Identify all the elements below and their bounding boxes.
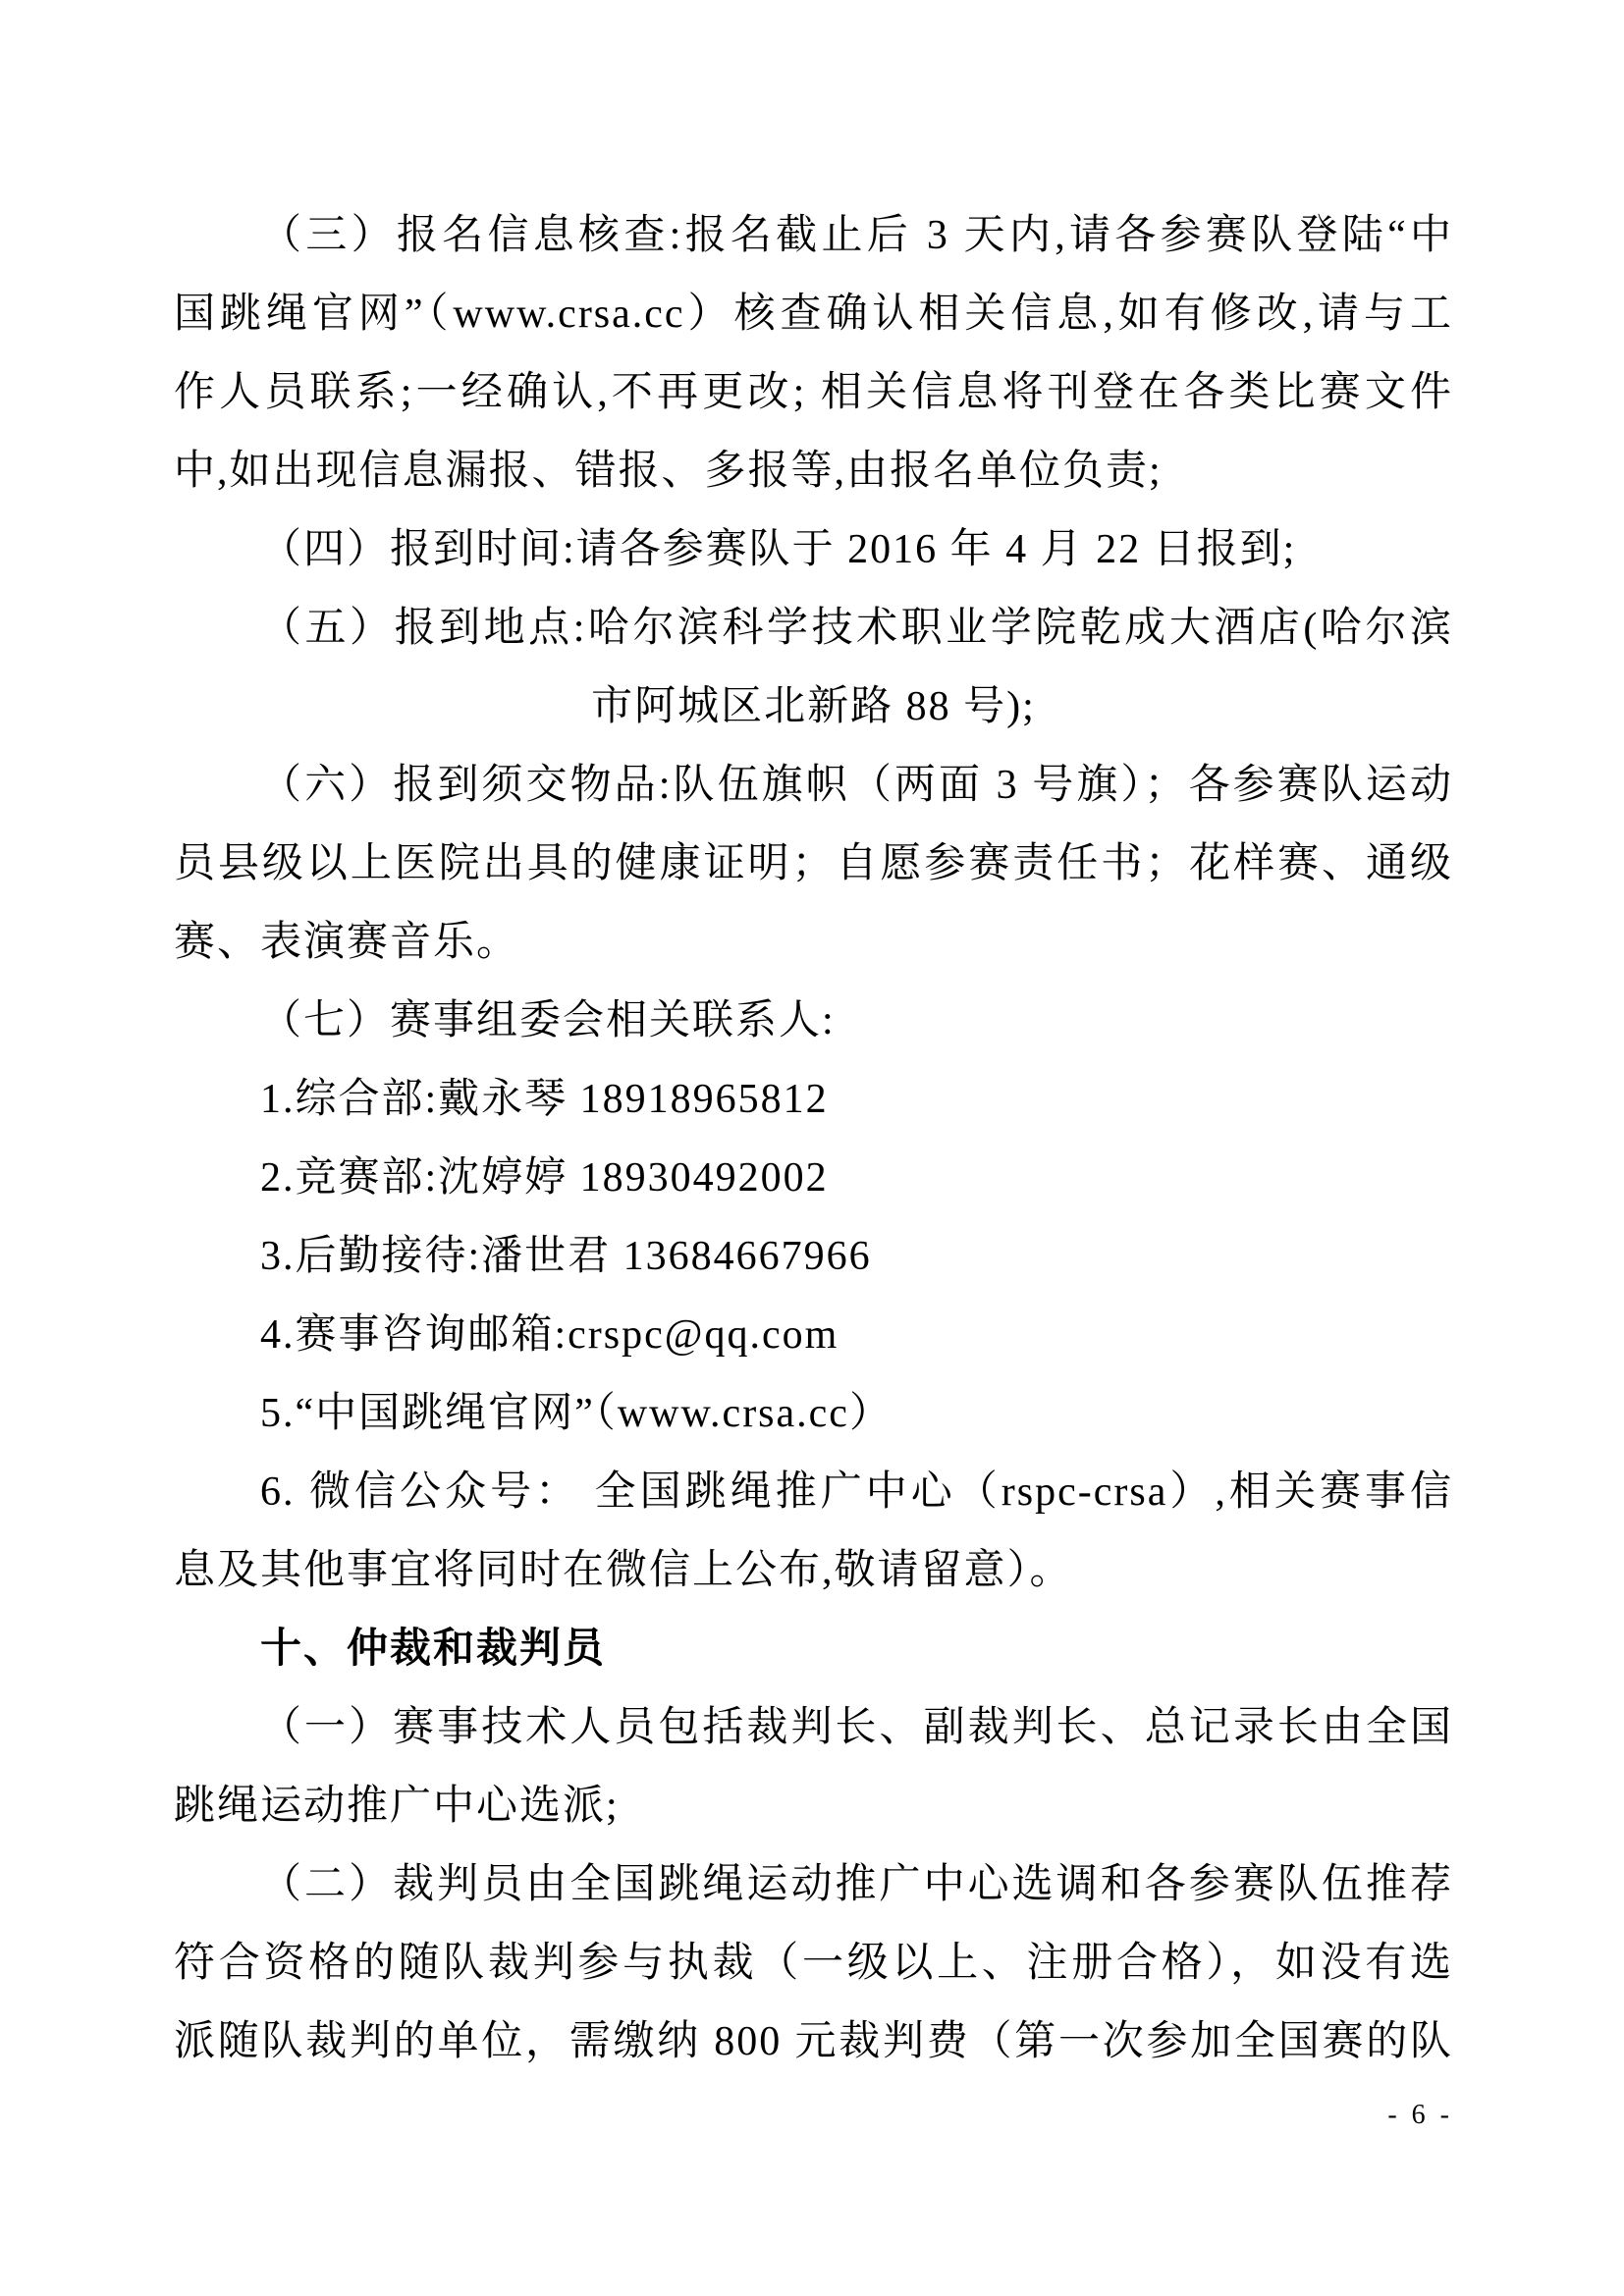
paragraph-item3-line4: 中,如出现信息漏报、错报、多报等,由报名单位负责;	[174, 432, 1453, 510]
contact-wechat-line2: 息及其他事宜将同时在微信上公布,敬请留意）。	[174, 1531, 1453, 1610]
section10-item2-line3: 派随队裁判的单位，需缴纳 800 元裁判费（第一次参加全国赛的队	[174, 2002, 1453, 2081]
paragraph-item4-line1: （四）报到时间:请各参赛队于 2016 年 4 月 22 日报到;	[174, 510, 1453, 589]
contact-email: 4.赛事咨询邮箱:crspc@qq.com	[174, 1296, 1453, 1374]
contact-general-dept: 1.综合部:戴永琴 18918965812	[174, 1060, 1453, 1139]
paragraph-item3-line2: 国跳绳官网”（www.crsa.cc）核查确认相关信息,如有修改,请与工	[174, 275, 1453, 353]
contact-official-site: 5.“中国跳绳官网”（www.crsa.cc）	[174, 1374, 1453, 1453]
section10-heading: 十、仲裁和裁判员	[174, 1610, 1453, 1688]
document-body: （三）报名信息核查:报名截止后 3 天内,请各参赛队登陆“中 国跳绳官网”（ww…	[174, 196, 1453, 2136]
paragraph-item6-line2: 员县级以上医院出具的健康证明；自愿参赛责任书；花样赛、通级	[174, 825, 1453, 903]
paragraph-item6-line3: 赛、表演赛音乐。	[174, 903, 1453, 982]
paragraph-item7-line1: （七）赛事组委会相关联系人:	[174, 982, 1453, 1060]
contact-competition-dept: 2.竞赛部:沈婷婷 18930492002	[174, 1139, 1453, 1217]
document-page: （三）报名信息核查:报名截止后 3 天内,请各参赛队登陆“中 国跳绳官网”（ww…	[0, 0, 1624, 2296]
section10-item2-line2: 符合资格的随队裁判参与执裁（一级以上、注册合格），如没有选	[174, 1924, 1453, 2002]
contact-wechat-line1: 6. 微信公众号： 全国跳绳推广中心（rspc-crsa）,相关赛事信	[174, 1453, 1453, 1531]
paragraph-item5-line1: （五）报到地点:哈尔滨科学技术职业学院乾成大酒店(哈尔滨	[174, 589, 1453, 667]
paragraph-item3-line3: 作人员联系;一经确认,不再更改; 相关信息将刊登在各类比赛文件	[174, 353, 1453, 432]
paragraph-item5-line2: 市阿城区北新路 88 号);	[174, 667, 1453, 746]
section10-item1-line2: 跳绳运动推广中心选派;	[174, 1767, 1453, 1845]
page-number: - 6 -	[174, 2095, 1453, 2136]
contact-logistics: 3.后勤接待:潘世君 13684667966	[174, 1217, 1453, 1296]
paragraph-item6-line1: （六）报到须交物品:队伍旗帜（两面 3 号旗）；各参赛队运动	[174, 746, 1453, 825]
paragraph-item3-line1: （三）报名信息核查:报名截止后 3 天内,请各参赛队登陆“中	[174, 196, 1453, 275]
section10-item2-line1: （二）裁判员由全国跳绳运动推广中心选调和各参赛队伍推荐	[174, 1845, 1453, 1924]
section10-item1-line1: （一）赛事技术人员包括裁判长、副裁判长、总记录长由全国	[174, 1688, 1453, 1767]
